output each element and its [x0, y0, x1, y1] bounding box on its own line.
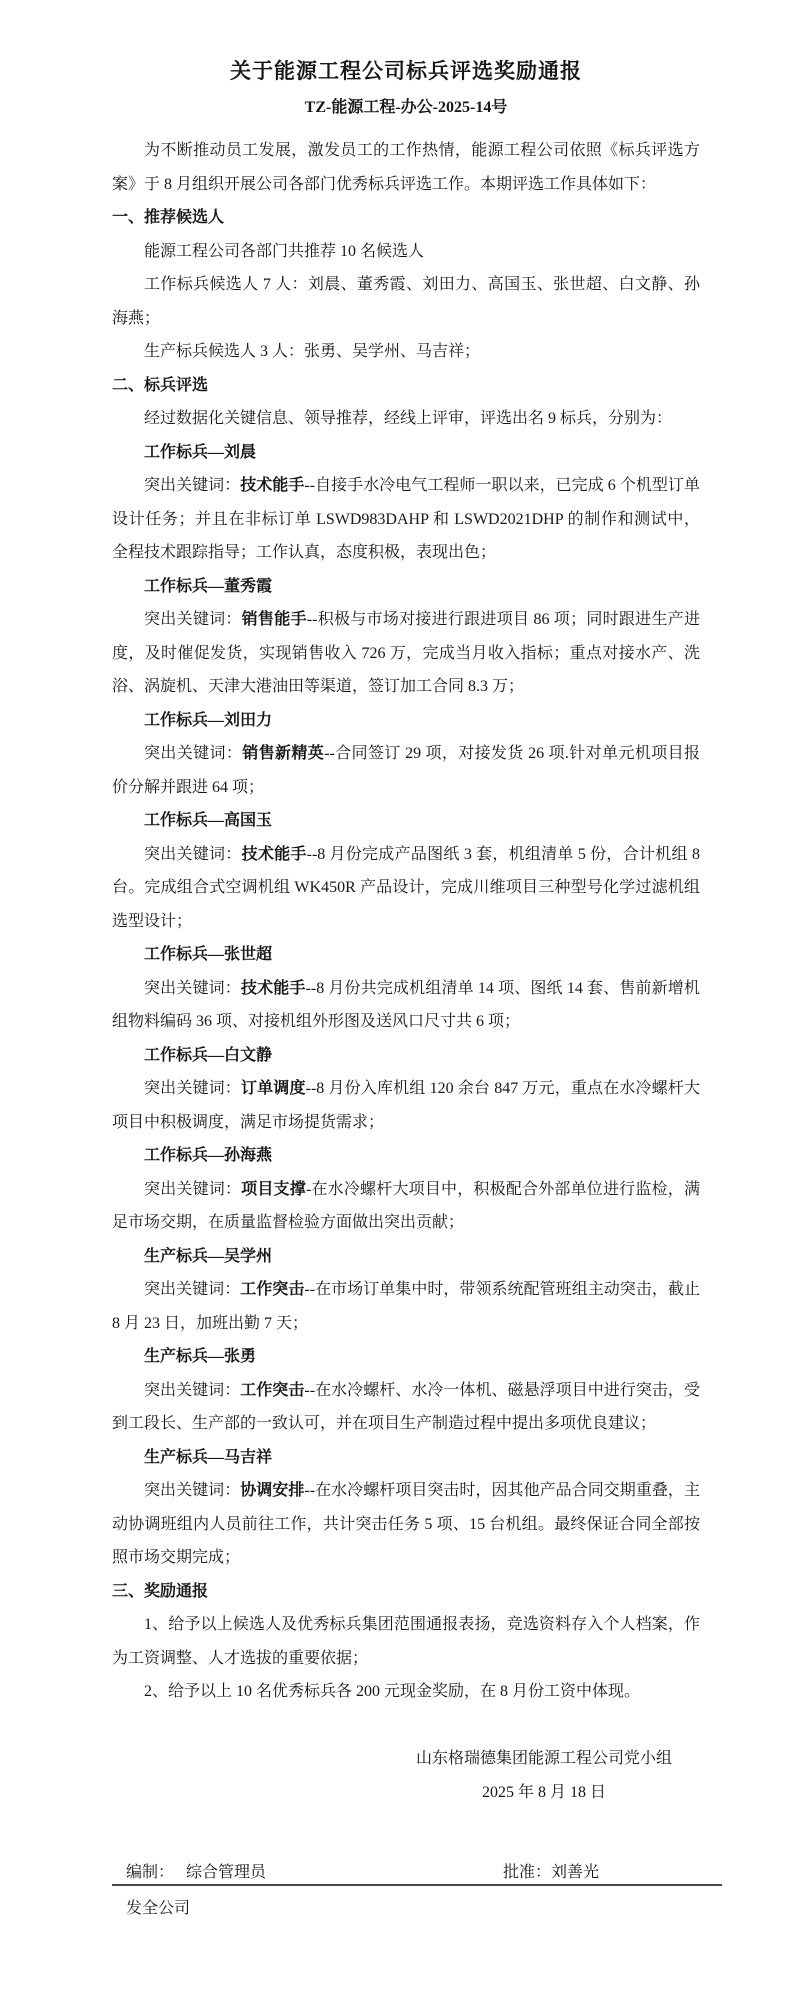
awardee-title: 工作标兵—白文静 [112, 1039, 700, 1073]
keyword-label: 突出关键词： [144, 745, 242, 762]
awardee-title: 生产标兵—张勇 [112, 1340, 700, 1374]
keyword-label: 突出关键词： [144, 611, 242, 628]
awardee-title: 工作标兵—张世超 [112, 938, 700, 972]
awardee-description: 突出关键词：工作突击--在水冷螺杆、水冷一体机、磁悬浮项目中进行突击，受到工段长… [112, 1374, 700, 1441]
document-title: 关于能源工程公司标兵评选奖励通报 [112, 56, 700, 86]
awardee-title: 生产标兵—吴学州 [112, 1240, 700, 1274]
awardee-description: 突出关键词：工作突击--在市场订单集中时，带领系统配管班组主动突击，截止 8 月… [112, 1273, 700, 1340]
awardee-keyword: 销售能手 [242, 611, 307, 628]
awardee-description: 突出关键词：销售能手--积极与市场对接进行跟进项目 86 项；同时跟进生产进度，… [112, 603, 700, 704]
paragraph: 能源工程公司各部门共推荐 10 名候选人 [112, 235, 700, 269]
footer: 编制：综合管理员 批准：刘善光 发全公司 [112, 1860, 722, 1922]
approved-by: 刘善光 [551, 1864, 599, 1881]
document-number: TZ-能源工程-办公-2025-14号 [112, 96, 700, 120]
prepared-by: 综合管理员 [186, 1864, 266, 1881]
footer-approval-row: 编制：综合管理员 批准：刘善光 [112, 1860, 722, 1886]
awardee-keyword: 协调安排 [240, 1482, 304, 1499]
keyword-label: 突出关键词： [144, 846, 242, 863]
awardee-description: 突出关键词：技术能手--8 月份共完成机组清单 14 项、图纸 14 套、售前新… [112, 972, 700, 1039]
intro-paragraph: 为不断推动员工发展，激发员工的工作热情，能源工程公司依照《标兵评选方案》于 8 … [112, 134, 700, 201]
keyword-label: 突出关键词： [144, 1281, 240, 1298]
awardee-description: 突出关键词：订单调度--8 月份入库机组 120 余台 847 万元，重点在水冷… [112, 1072, 700, 1139]
paragraph: 工作标兵候选人 7 人：刘晨、董秀霞、刘田力、高国玉、张世超、白文静、孙海燕； [112, 268, 700, 335]
signature-org: 山东格瑞德集团能源工程公司党小组 [416, 1742, 672, 1776]
awardee-keyword: 销售新精英 [242, 745, 324, 762]
awardee-keyword: 订单调度 [241, 1080, 306, 1097]
keyword-label: 突出关键词： [144, 1382, 240, 1399]
paragraph: 1、给予以上候选人及优秀标兵集团范围通报表扬，竞选资料存入个人档案，作为工资调整… [112, 1608, 700, 1675]
keyword-label: 突出关键词： [144, 1080, 241, 1097]
prepared-label: 编制： [126, 1864, 174, 1881]
awardee-description: 突出关键词：销售新精英--合同签订 29 项，对接发货 26 项.针对单元机项目… [112, 737, 700, 804]
awardee-title: 工作标兵—刘田力 [112, 704, 700, 738]
document-page: 关于能源工程公司标兵评选奖励通报 TZ-能源工程-办公-2025-14号 为不断… [0, 0, 793, 1998]
signature-inner: 山东格瑞德集团能源工程公司党小组 2025 年 8 月 18 日 [416, 1742, 672, 1810]
keyword-label: 突出关键词： [144, 1181, 241, 1198]
approved-label: 批准： [503, 1864, 551, 1881]
keyword-label: 突出关键词： [144, 1482, 240, 1499]
awardee-title: 生产标兵—马吉祥 [112, 1441, 700, 1475]
section-heading-selection: 二、标兵评选 [112, 369, 700, 403]
keyword-label: 突出关键词： [144, 980, 241, 997]
paragraph: 生产标兵候选人 3 人：张勇、吴学州、马吉祥； [112, 335, 700, 369]
awardee-keyword: 工作突击 [240, 1281, 304, 1298]
signature-date: 2025 年 8 月 18 日 [416, 1776, 672, 1810]
awardee-description: 突出关键词：技术能手--8 月份完成产品图纸 3 套，机组清单 5 份，合计机组… [112, 838, 700, 939]
paragraph: 2、给予以上 10 名优秀标兵各 200 元现金奖励，在 8 月份工资中体现。 [112, 1675, 700, 1709]
signature-block: 山东格瑞德集团能源工程公司党小组 2025 年 8 月 18 日 [112, 1742, 700, 1810]
document-body: 为不断推动员工发展，激发员工的工作热情，能源工程公司依照《标兵评选方案》于 8 … [112, 134, 700, 1810]
awardee-title: 工作标兵—董秀霞 [112, 570, 700, 604]
approval-group: 批准：刘善光 [503, 1860, 599, 1886]
awardee-title: 工作标兵—孙海燕 [112, 1139, 700, 1173]
section-heading-reward: 三、奖励通报 [112, 1575, 700, 1609]
awardee-title: 工作标兵—刘晨 [112, 436, 700, 470]
awardee-keyword: 技术能手 [241, 980, 306, 997]
awardee-description: 突出关键词：项目支撑-在水冷螺杆大项目中，积极配合外部单位进行监检，满足市场交期… [112, 1173, 700, 1240]
awardee-description: 突出关键词：协调安排--在水冷螺杆项目突击时，因其他产品合同交期重叠，主动协调班… [112, 1474, 700, 1575]
keyword-label: 突出关键词： [144, 477, 240, 494]
document-content: 关于能源工程公司标兵评选奖励通报 TZ-能源工程-办公-2025-14号 为不断… [0, 0, 793, 1810]
awardee-keyword: 项目支撑 [241, 1181, 306, 1198]
distribution: 发全公司 [112, 1896, 722, 1922]
section-heading-recommend: 一、推荐候选人 [112, 201, 700, 235]
awardee-keyword: 技术能手 [240, 477, 304, 494]
awardee-keyword: 工作突击 [240, 1382, 304, 1399]
awardee-title: 工作标兵—高国玉 [112, 804, 700, 838]
awardee-keyword: 技术能手 [242, 846, 307, 863]
awardee-description: 突出关键词：技术能手--自接手水冷电气工程师一职以来，已完成 6 个机型订单设计… [112, 469, 700, 570]
paragraph: 经过数据化关键信息、领导推荐，经线上评审，评选出名 9 标兵，分别为： [112, 402, 700, 436]
